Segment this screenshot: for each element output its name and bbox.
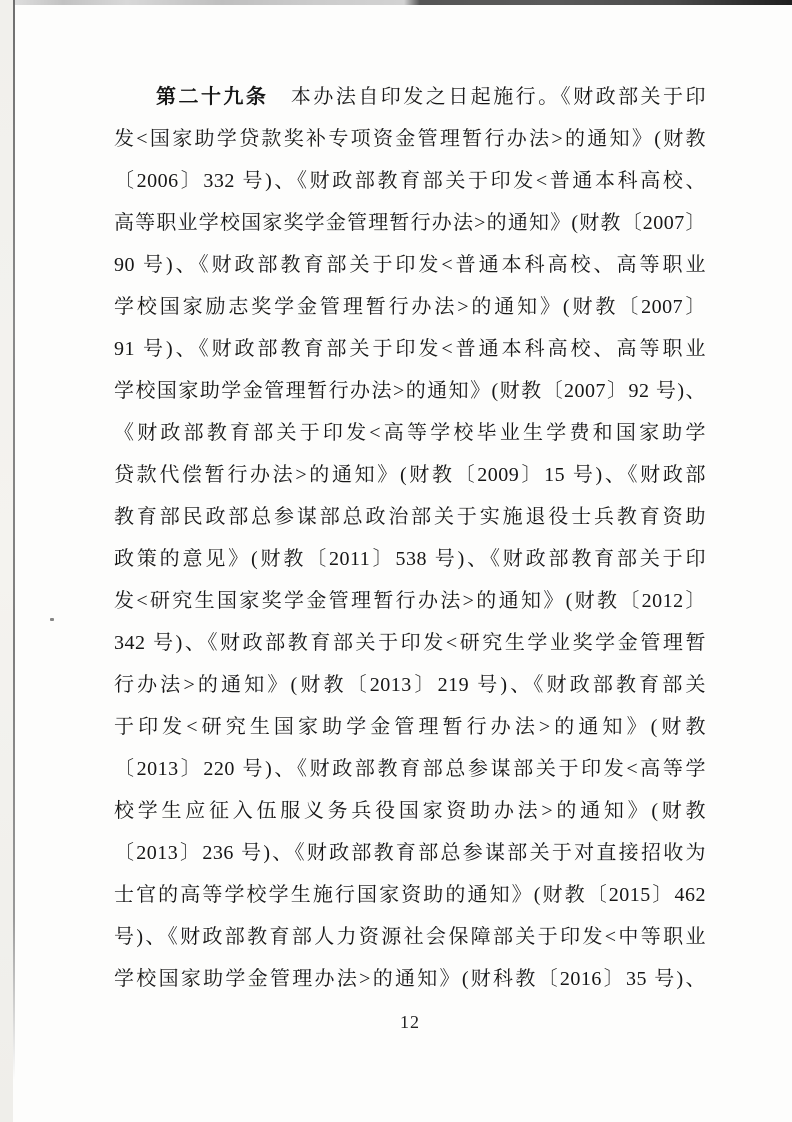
text-line: 学校国家励志奖学金管理暂行办法>的通知》(财教〔2007〕 [114,286,706,328]
text-line: 〔2006〕332 号)、《财政部教育部关于印发<普通本科高校、 [114,160,706,202]
scanned-document-page: 第二十九条 本办法自印发之日起施行。《财政部关于印 发<国家助学贷款奖补专项资金… [0,0,792,1122]
text-line: 第二十九条 本办法自印发之日起施行。《财政部关于印 [114,76,706,118]
scan-edge-left-line [13,0,15,1080]
text-line: 91 号)、《财政部教育部关于印发<普通本科高校、高等职业 [114,328,706,370]
text-line: 校学生应征入伍服义务兵役国家资助办法>的通知》(财教 [114,790,706,832]
text-line: 贷款代偿暂行办法>的通知》(财教〔2009〕15 号)、《财政部 [114,454,706,496]
scan-speck [50,618,54,621]
text-line: 于印发<研究生国家助学金管理暂行办法>的通知》(财教 [114,706,706,748]
text-line: 《财政部教育部关于印发<高等学校毕业生学费和国家助学 [114,412,706,454]
text-line: 90 号)、《财政部教育部关于印发<普通本科高校、高等职业 [114,244,706,286]
text-line: 学校国家助学金管理办法>的通知》(财科教〔2016〕35 号)、 [114,958,706,1000]
text-line: 号)、《财政部教育部人力资源社会保障部关于印发<中等职业 [114,916,706,958]
text-line: 政策的意见》(财教〔2011〕538 号)、《财政部教育部关于印 [114,538,706,580]
text-line: 士官的高等学校学生施行国家资助的通知》(财教〔2015〕462 [114,874,706,916]
scan-edge-left-strip [0,0,13,1122]
text-line: 发<国家助学贷款奖补专项资金管理暂行办法>的通知》(财教 [114,118,706,160]
text-line-rest: 本办法自印发之日起施行。《财政部关于印 [268,86,706,108]
text-line: 高等职业学校国家奖学金管理暂行办法>的通知》(财教〔2007〕 [114,202,706,244]
text-line: 342 号)、《财政部教育部关于印发<研究生学业奖学金管理暂 [114,622,706,664]
scan-edge-top-artifact [0,0,792,5]
document-body: 第二十九条 本办法自印发之日起施行。《财政部关于印 发<国家助学贷款奖补专项资金… [114,76,706,1000]
text-line: 发<研究生国家奖学金管理暂行办法>的通知》(财教〔2012〕 [114,580,706,622]
page-number: 12 [114,1012,706,1033]
text-line: 教育部民政部总参谋部总政治部关于实施退役士兵教育资助 [114,496,706,538]
text-line: 〔2013〕220 号)、《财政部教育部总参谋部关于印发<高等学 [114,748,706,790]
text-line: 行办法>的通知》(财教〔2013〕219 号)、《财政部教育部关 [114,664,706,706]
text-line: 〔2013〕236 号)、《财政部教育部总参谋部关于对直接招收为 [114,832,706,874]
article-heading: 第二十九条 [156,86,268,108]
text-line: 学校国家助学金管理暂行办法>的通知》(财教〔2007〕92 号)、 [114,370,706,412]
